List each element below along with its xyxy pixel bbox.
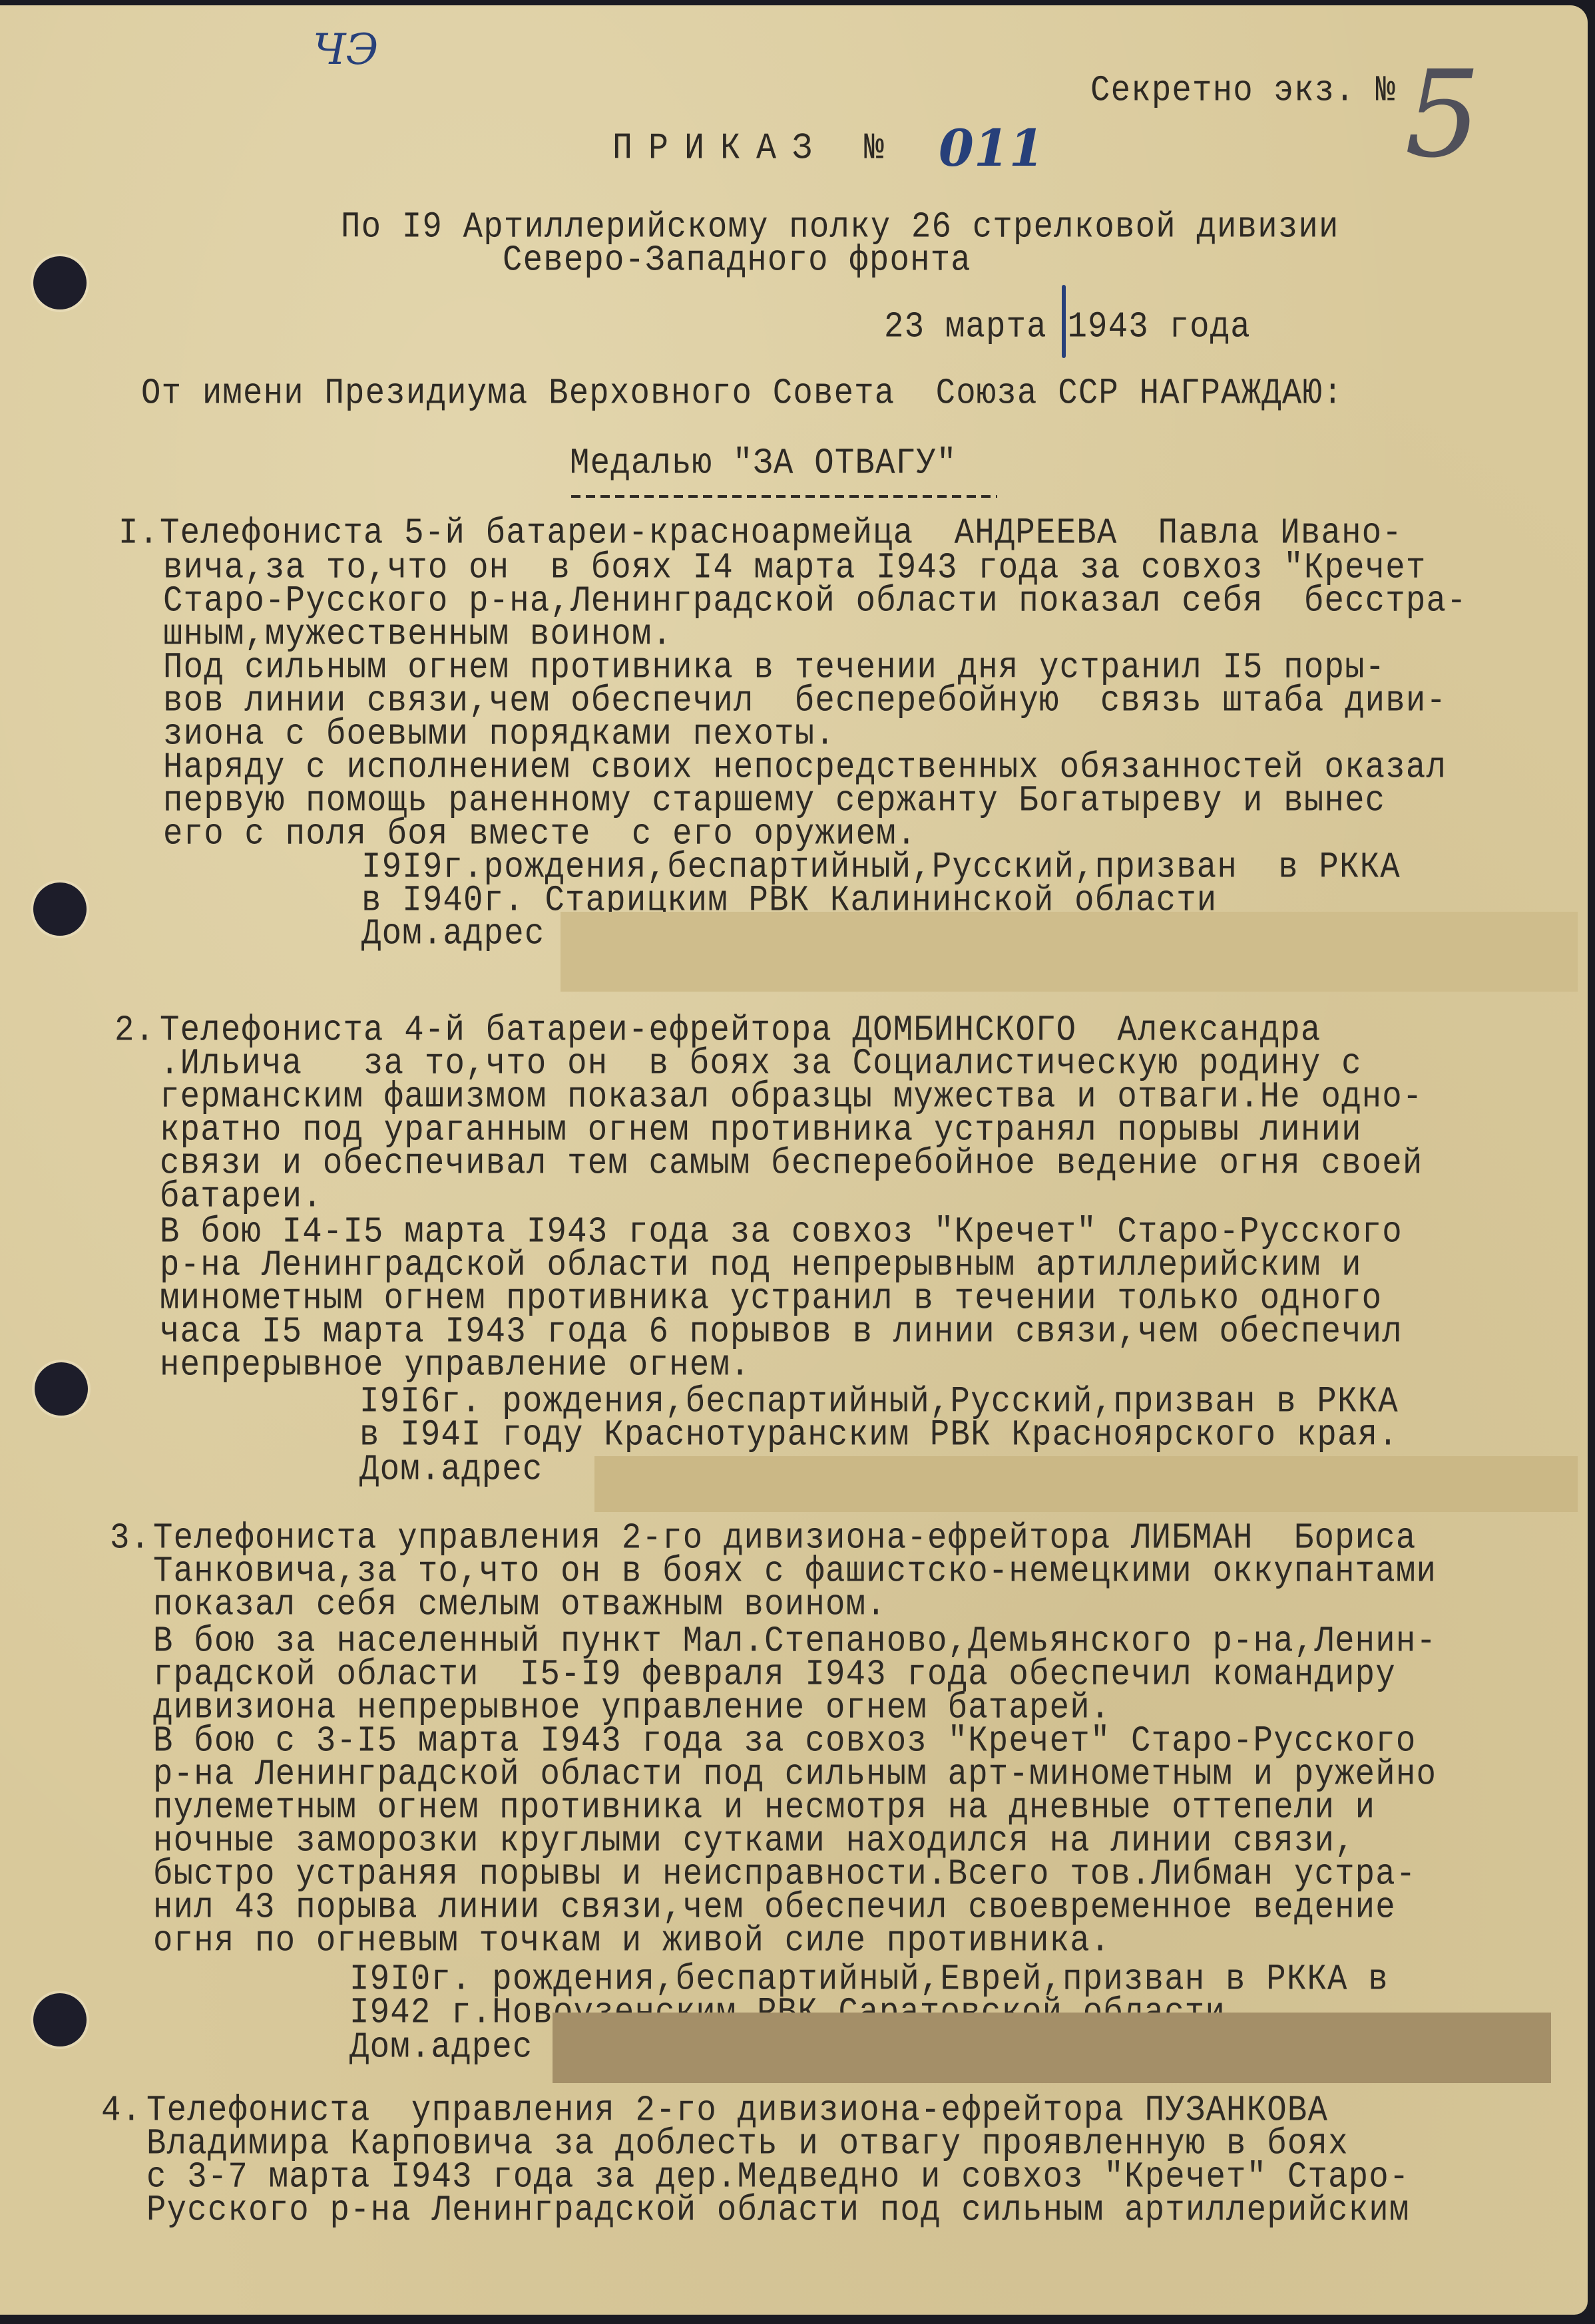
entry-3-number: 3. bbox=[110, 1519, 150, 1557]
punch-hole-3 bbox=[35, 1362, 88, 1416]
entry-3-line: огня по огневым точкам и живой силе прот… bbox=[153, 1922, 1110, 1959]
redacted-address-3 bbox=[553, 2013, 1551, 2083]
redacted-address-1 bbox=[561, 912, 1578, 992]
order-title: ПРИКАЗ № bbox=[612, 130, 900, 168]
award-underline bbox=[571, 495, 997, 498]
redacted-address-2 bbox=[594, 1456, 1578, 1512]
entry-1-line: Телефониста 5-й батареи-красноармейца АН… bbox=[160, 514, 1403, 552]
entry-2-line: батареи. bbox=[160, 1178, 323, 1215]
entry-1-number: I. bbox=[118, 514, 159, 552]
preamble: От имени Президиума Верховного Совета Со… bbox=[141, 375, 1343, 412]
entry-2-number: 2. bbox=[114, 1012, 155, 1049]
punch-hole-top bbox=[33, 256, 87, 309]
entry-1-address-label: Дом.адрес bbox=[361, 915, 545, 952]
punch-hole-2 bbox=[33, 882, 87, 936]
entry-2-bio: в I94I году Краснотуранским РВК Краснояр… bbox=[359, 1416, 1399, 1453]
award-name: Медалью "ЗА ОТВАГУ" bbox=[570, 445, 957, 482]
entry-3-address-label: Дом.адрес bbox=[349, 2029, 533, 2066]
order-date: 23 марта 1943 года bbox=[884, 308, 1251, 345]
issuer-line-2: Северо-Западного фронта bbox=[503, 242, 971, 279]
document-page: ЧЭ Секретно экз. № 5 ПРИКАЗ № 011 По I9 … bbox=[0, 5, 1588, 2315]
entry-3-line: показал себя смелым отважным воином. bbox=[153, 1586, 887, 1623]
entry-4-line: Русского р-на Ленинградской области под … bbox=[146, 2192, 1410, 2229]
punch-hole-4 bbox=[33, 1993, 87, 2046]
entry-2-address-label: Дом.адрес bbox=[359, 1451, 543, 1488]
entry-2-line: непрерывное управление огнем. bbox=[160, 1346, 751, 1384]
corner-handwritten-mark: ЧЭ bbox=[313, 25, 378, 75]
entry-2-line: связи и обеспечивал тем самым бесперебой… bbox=[160, 1145, 1423, 1182]
classification-label: Секретно экз. № bbox=[1090, 72, 1396, 109]
copy-number-handwritten: 5 bbox=[1405, 45, 1481, 184]
entry-4-number: 4. bbox=[101, 2092, 142, 2129]
order-number-handwritten: 011 bbox=[939, 118, 1044, 178]
